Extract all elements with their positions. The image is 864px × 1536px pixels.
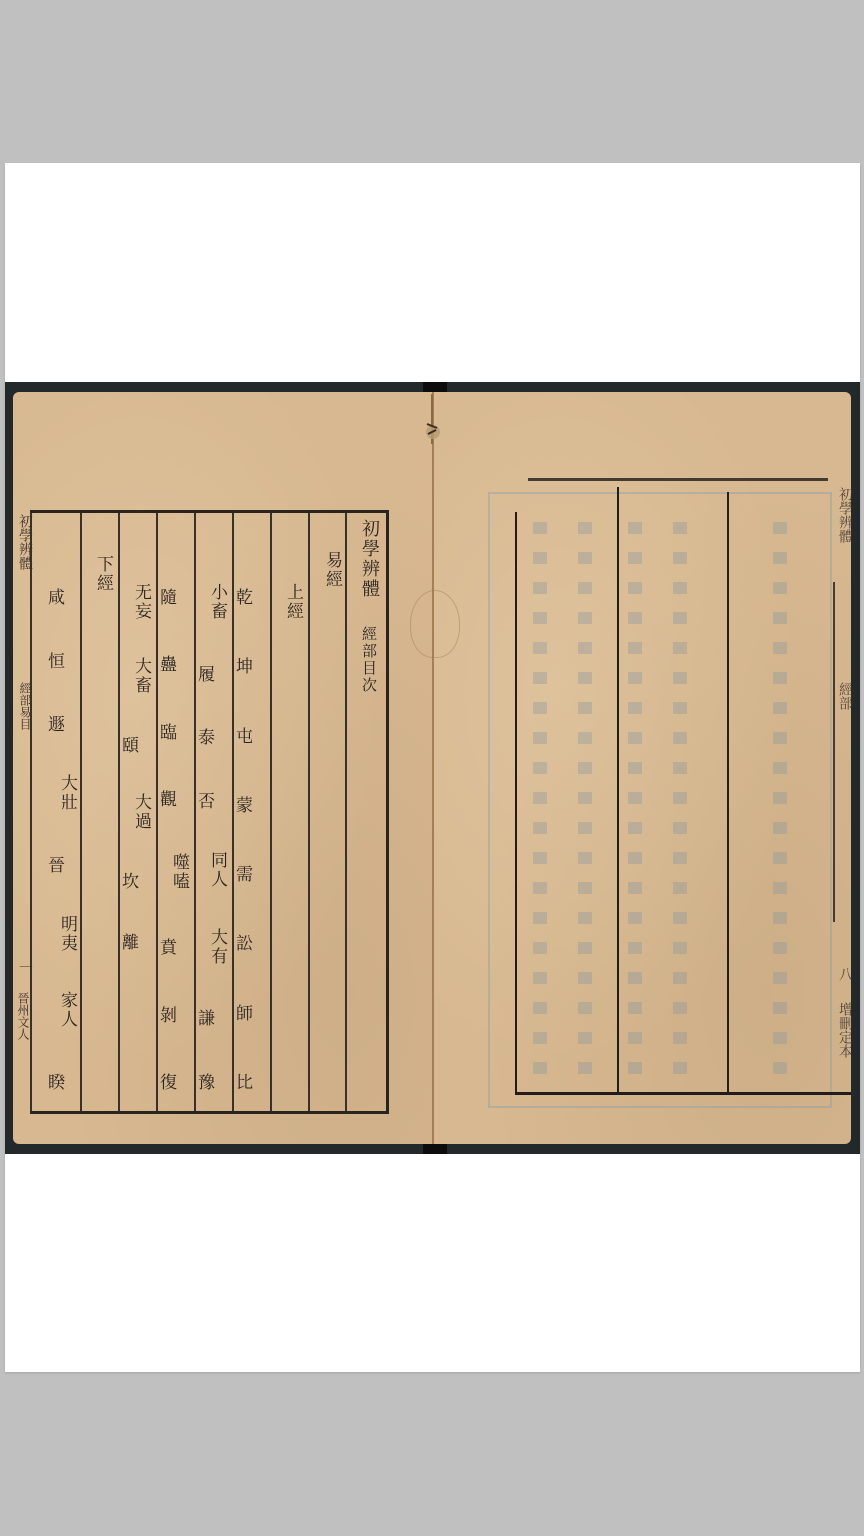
toc-entry: 否 (198, 787, 230, 812)
left-page-frame: 初學辨體 經部目次 易經 上經 乾 坤 屯 蒙 需 訟 師 比 小畜 履 (30, 510, 389, 1114)
toc-entry: 師 (236, 999, 268, 1024)
toc-entry: 泰 (198, 723, 230, 748)
toc-entry: 需 (236, 860, 268, 885)
toc-entry: 豫 (198, 1068, 230, 1093)
column-rule (194, 513, 196, 1111)
toc-entry: 大過 (122, 793, 154, 831)
toc-entry: 蒙 (236, 791, 268, 816)
toc-entry: 坤 (236, 652, 268, 677)
right-page: 初學辨體 經部 八 增刪定本 (433, 392, 851, 1144)
right-rule (515, 512, 517, 1094)
margin-section: 經部易目 (17, 682, 34, 730)
right-margin-page-number: 八 (835, 967, 855, 981)
toc-entry: 大畜 (122, 657, 154, 695)
toc-entry: 咸 (48, 583, 80, 608)
column-rule (156, 513, 158, 1111)
toc-entry: 乾 (236, 583, 268, 608)
toc-entry: 離 (122, 928, 154, 953)
toc-column-4: 无妄 大畜 頤 大過 坎 離 (122, 583, 154, 953)
book-gutter (432, 392, 434, 1144)
bleed-through-text (673, 522, 687, 1082)
spine-bottom (423, 1144, 447, 1154)
toc-entry: 晉 (48, 851, 80, 876)
bleed-through-text (773, 522, 787, 1082)
sub-heading-lower: 下經 (84, 555, 116, 593)
right-rule (833, 582, 835, 922)
toc-column-3: 隨 蠱 臨 觀 噬嗑 賁 剝 復 (160, 583, 192, 1093)
margin-page-number: 一 (15, 960, 35, 974)
book-title: 初學辨體 (359, 519, 380, 599)
toc-entry: 履 (198, 660, 230, 685)
toc-entry: 隨 (160, 583, 192, 608)
column-rule (80, 513, 82, 1111)
toc-entry: 剝 (160, 1001, 192, 1026)
bleed-through-text (628, 522, 642, 1082)
column-rule (345, 513, 347, 1111)
right-margin-footer: 增刪定本 (835, 1002, 855, 1058)
right-rule (617, 487, 619, 1094)
water-stain (410, 590, 460, 658)
bleed-through-text (533, 522, 547, 1082)
toc-entry: 大有 (198, 928, 230, 966)
toc-entry: 小畜 (198, 583, 230, 621)
toc-entry: 蠱 (160, 650, 192, 675)
toc-subtitle: 經部目次 (359, 626, 380, 694)
right-frame-top (528, 478, 828, 481)
toc-column-2: 小畜 履 泰 否 同人 大有 謙 豫 (198, 583, 230, 1093)
right-margin-section: 經部 (835, 682, 855, 710)
toc-entry: 比 (236, 1068, 268, 1093)
spine-top (423, 382, 447, 392)
column-rule (232, 513, 234, 1111)
right-frame-bottom (515, 1092, 851, 1095)
margin-title: 初學辨體 (15, 514, 35, 570)
column-rule (308, 513, 310, 1111)
toc-entry: 臨 (160, 718, 192, 743)
book-scan: 初學辨體 經部目次 易經 上經 乾 坤 屯 蒙 需 訟 師 比 小畜 履 (5, 382, 860, 1154)
toc-entry: 睽 (48, 1068, 80, 1093)
column-rule (270, 513, 272, 1111)
toc-entry: 頤 (122, 731, 154, 756)
toc-entry: 恒 (48, 647, 80, 672)
toc-entry: 復 (160, 1068, 192, 1093)
margin-footer: 晉州文人 (15, 992, 32, 1040)
right-rule (727, 492, 729, 1094)
toc-entry: 大壯 (48, 774, 80, 812)
binding-thread-icon (422, 394, 442, 444)
left-page: 初學辨體 經部目次 易經 上經 乾 坤 屯 蒙 需 訟 師 比 小畜 履 (13, 392, 433, 1144)
toc-entry: 坎 (122, 867, 154, 892)
toc-entry: 噬嗑 (160, 853, 192, 891)
sub-heading-upper: 上經 (274, 583, 306, 621)
toc-entry: 家人 (48, 991, 80, 1029)
toc-entry: 謙 (198, 1004, 230, 1029)
toc-entry: 无妄 (122, 583, 154, 621)
toc-title-column: 初學辨體 經部目次 (350, 519, 382, 694)
toc-column-1: 乾 坤 屯 蒙 需 訟 師 比 (236, 583, 268, 1093)
bleed-through-text (578, 522, 592, 1082)
toc-entry: 屯 (236, 722, 268, 747)
right-margin-title: 初學辨體 (835, 487, 855, 543)
toc-entry: 同人 (198, 851, 230, 889)
toc-entry: 明夷 (48, 915, 80, 953)
toc-column-6: 咸 恒 遯 大壯 晉 明夷 家人 睽 (48, 583, 80, 1093)
toc-entry: 觀 (160, 785, 192, 810)
column-rule (118, 513, 120, 1111)
toc-entry: 遯 (48, 710, 80, 735)
section-heading: 易經 (313, 551, 345, 589)
toc-entry: 賁 (160, 933, 192, 958)
toc-entry: 訟 (236, 929, 268, 954)
